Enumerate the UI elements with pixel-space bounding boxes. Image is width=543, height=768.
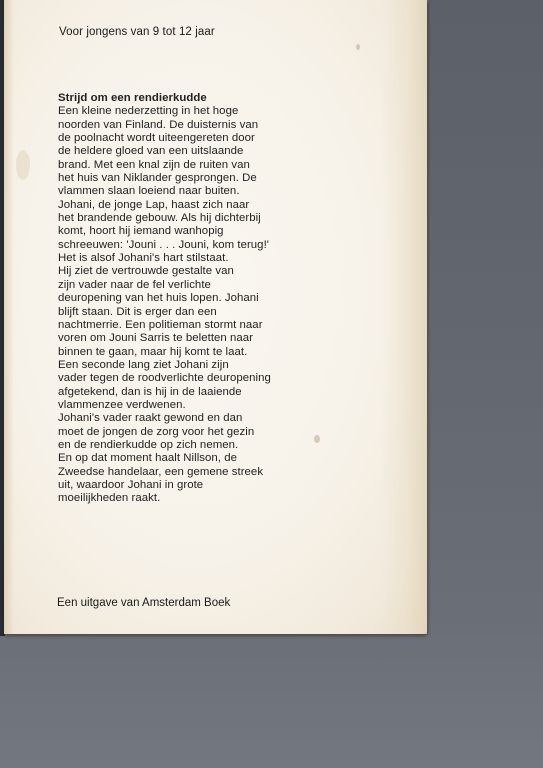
synopsis-line: noorden van Finland. De duisternis van — [58, 119, 298, 132]
synopsis-line: brand. Met een knal zijn de ruiten van — [58, 159, 298, 172]
synopsis-line: het huis van Niklander gesprongen. De — [58, 172, 298, 185]
synopsis-line: Johani's vader raakt gewond en dan — [58, 412, 298, 425]
synopsis-line: nachtmerrie. Een politieman stormt naar — [58, 319, 298, 332]
synopsis-line: En op dat moment haalt Nillson, de — [58, 452, 298, 465]
synopsis-line: deuropening van het huis lopen. Johani — [58, 292, 298, 305]
book-title: Strijd om een rendierkudde — [58, 92, 298, 105]
synopsis-line: Johani, de jonge Lap, haast zich naar — [58, 199, 298, 212]
synopsis-text: Een kleine nederzetting in het hogenoord… — [58, 105, 298, 505]
synopsis-line: Het is alsof Johani's hart stilstaat. — [58, 252, 298, 265]
synopsis-line: blijft staan. Dit is erger dan een — [58, 306, 298, 319]
synopsis-line: de heldere gloed van een uitslaande — [58, 145, 298, 158]
synopsis-line: afgetekend, dan is hij in de laaiende — [58, 386, 298, 399]
synopsis-line: de poolnacht wordt uiteengereten door — [58, 132, 298, 145]
synopsis-line: vader tegen de roodverlichte deuropening — [58, 372, 298, 385]
synopsis-line: vlammenzee verdwenen. — [58, 399, 298, 412]
synopsis-line: uit, waardoor Johani in grote — [58, 479, 298, 492]
synopsis-line: het brandende gebouw. Als hij dichterbij — [58, 212, 298, 225]
synopsis-line: voren om Jouni Sarris te beletten naar — [58, 332, 298, 345]
synopsis-line: schreeuwen: 'Jouni . . . Jouni, kom teru… — [58, 239, 298, 252]
synopsis-line: komt, hoort hij iemand wanhopig — [58, 225, 298, 238]
synopsis-line: zijn vader naar de fel verlichte — [58, 279, 298, 292]
synopsis-line: Zweedse handelaar, een gemene streek — [58, 466, 298, 479]
synopsis: Strijd om een rendierkudde Een kleine ne… — [58, 92, 298, 506]
paper-stain — [314, 435, 320, 443]
publisher-line: Een uitgave van Amsterdam Boek — [57, 597, 230, 609]
synopsis-line: moeilijkheden raakt. — [58, 492, 298, 505]
synopsis-line: binnen te gaan, maar hij komt te laat. — [58, 346, 298, 359]
synopsis-line: Een kleine nederzetting in het hoge — [58, 105, 298, 118]
synopsis-line: Hij ziet de vertrouwde gestalte van — [58, 265, 298, 278]
synopsis-line: Een seconde lang ziet Johani zijn — [58, 359, 298, 372]
synopsis-line: vlammen slaan loeiend naar buiten. — [58, 185, 298, 198]
synopsis-line: en de rendierkudde op zich nemen. — [58, 439, 298, 452]
synopsis-line: moet de jongen de zorg voor het gezin — [58, 426, 298, 439]
paper-stain — [356, 44, 360, 50]
paper-stain — [16, 150, 30, 180]
age-recommendation: Voor jongens van 9 tot 12 jaar — [59, 26, 215, 38]
